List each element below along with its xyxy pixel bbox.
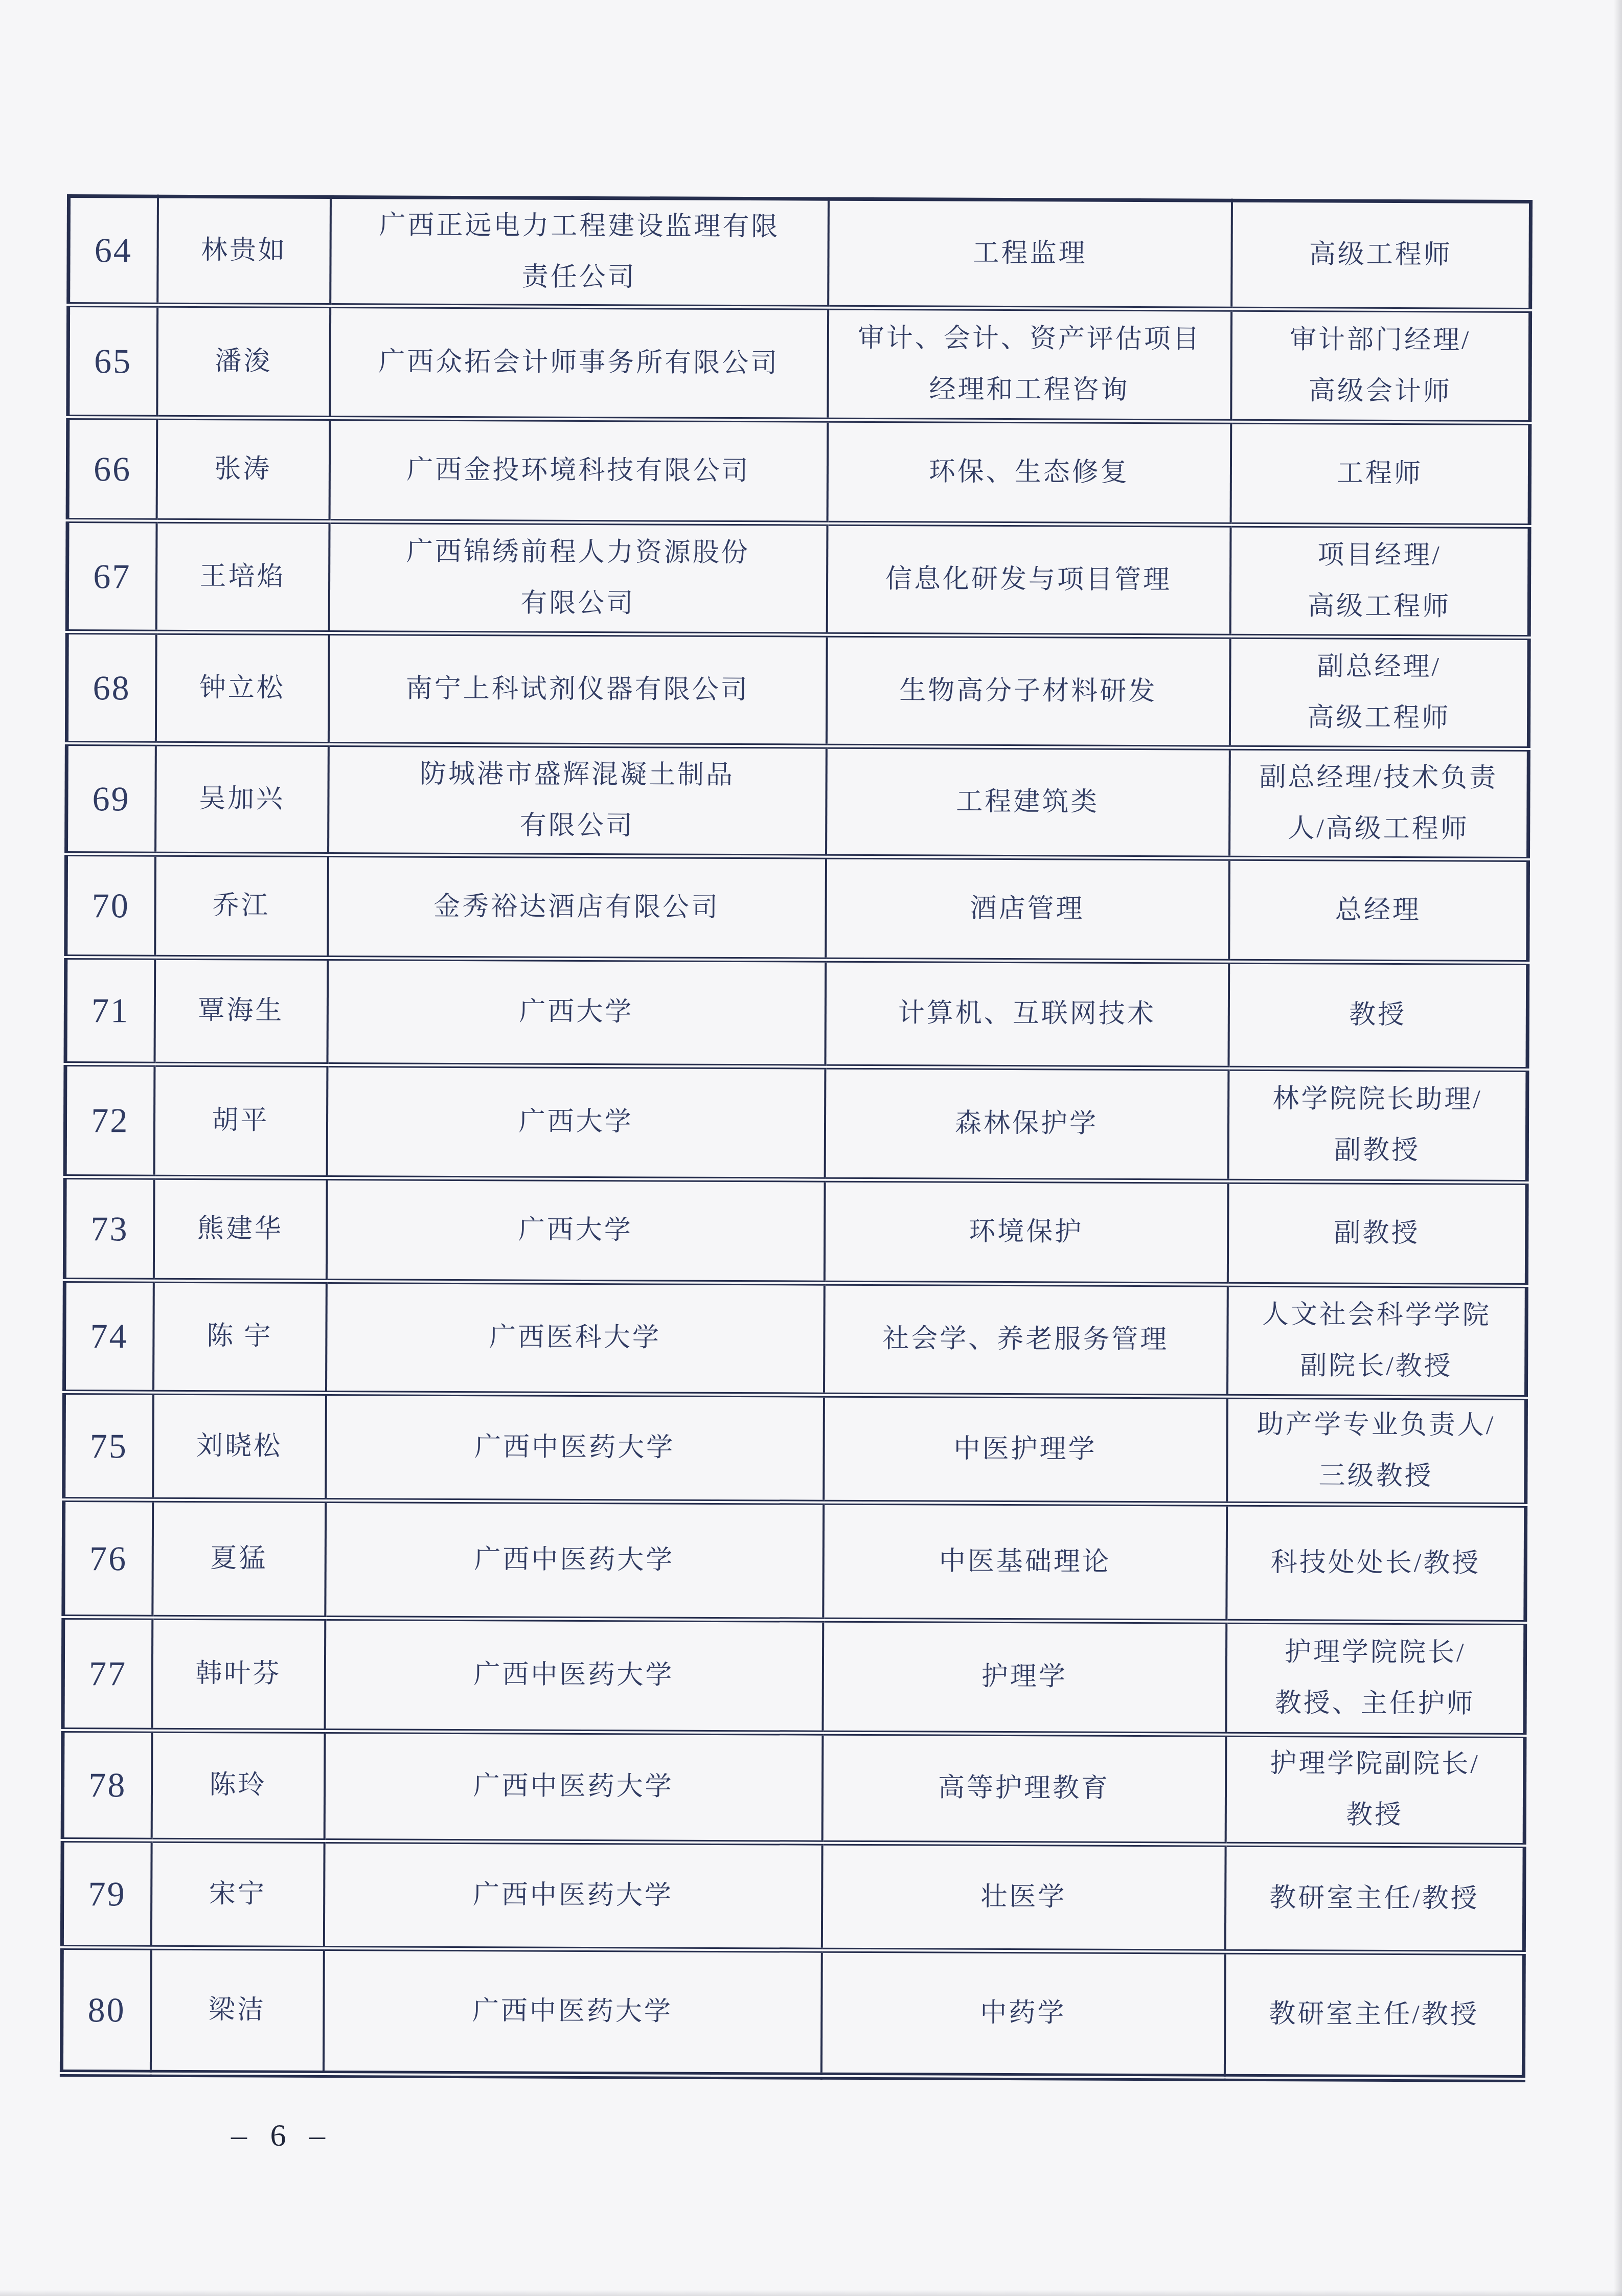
page-number: – 6 – <box>231 2118 333 2154</box>
row-number-cell: 77 <box>63 1617 152 1730</box>
expertise-field-cell: 中医护理学 <box>824 1395 1227 1504</box>
person-name-cell: 王培焰 <box>156 520 329 632</box>
table-row: 66张涛广西金投环境科技有限公司环保、生态修复工程师 <box>67 417 1530 526</box>
organization-cell: 广西锦绣前程人力资源股份 有限公司 <box>329 521 827 634</box>
row-number-cell: 73 <box>64 1176 154 1280</box>
scan-edge-shadow-bottom <box>0 2290 1622 2296</box>
table-row: 74陈 宇广西医科大学社会学、养老服务管理人文社会科学学院 副院长/教授 <box>64 1280 1527 1397</box>
expertise-field-cell: 中药学 <box>821 1950 1225 2077</box>
table-row: 64林贵如广西正远电力工程建设监理有限 责任公司工程监理高级工程师 <box>68 196 1531 310</box>
organization-cell: 广西中医药大学 <box>323 1948 821 2076</box>
row-number-cell: 70 <box>66 854 155 958</box>
job-title-cell: 护理学院院长/ 教授、主任护师 <box>1226 1621 1525 1735</box>
job-title-cell: 副总经理/ 高级工程师 <box>1229 636 1529 748</box>
scan-edge-shadow-right <box>1614 0 1622 2296</box>
organization-cell: 广西金投环境科技有限公司 <box>329 418 828 523</box>
job-title-cell: 科技处处长/教授 <box>1226 1504 1526 1622</box>
table-skew-wrapper: 64林贵如广西正远电力工程建设监理有限 责任公司工程监理高级工程师65潘浚广西众… <box>60 194 1529 2082</box>
job-title-cell: 林学院院长助理/ 副教授 <box>1228 1068 1527 1182</box>
row-number-cell: 76 <box>63 1499 153 1617</box>
organization-cell: 金秀裕达酒店有限公司 <box>328 854 826 960</box>
expertise-field-cell: 酒店管理 <box>826 856 1229 961</box>
table-row: 68钟立松南宁上科试剂仪器有限公司生物高分子材料研发副总经理/ 高级工程师 <box>66 632 1529 749</box>
person-name-cell: 吴加兴 <box>155 743 329 854</box>
person-name-cell: 宋宁 <box>151 1840 324 1948</box>
organization-cell: 广西大学 <box>327 958 826 1066</box>
expertise-field-cell: 护理学 <box>823 1620 1226 1734</box>
person-name-cell: 钟立松 <box>155 632 329 744</box>
table-row: 72胡平广西大学森林保护学林学院院长助理/ 副教授 <box>65 1064 1527 1183</box>
job-title-cell: 高级工程师 <box>1231 200 1531 310</box>
row-number-cell: 66 <box>67 417 157 521</box>
expertise-field-cell: 森林保护学 <box>825 1066 1228 1181</box>
organization-cell: 广西中医药大学 <box>324 1731 823 1843</box>
table-row: 70乔江金秀裕达酒店有限公司酒店管理总经理 <box>66 854 1528 963</box>
expertise-field-cell: 壮医学 <box>821 1843 1225 1951</box>
person-name-cell: 乔江 <box>155 854 328 958</box>
organization-cell: 广西众拓会计师事务所有限公司 <box>330 305 828 420</box>
job-title-cell: 教授 <box>1228 961 1528 1069</box>
job-title-cell: 项目经理/ 高级工程师 <box>1230 525 1529 637</box>
job-title-cell: 工程师 <box>1230 421 1530 526</box>
job-title-cell: 人文社会科学学院 副院长/教授 <box>1227 1284 1526 1397</box>
row-number-cell: 80 <box>61 1947 151 2073</box>
table-row: 77韩叶芬广西中医药大学护理学护理学院院长/ 教授、主任护师 <box>63 1617 1525 1735</box>
organization-cell: 广西大学 <box>327 1064 825 1179</box>
organization-cell: 广西医科大学 <box>326 1281 825 1395</box>
row-number-cell: 79 <box>62 1839 151 1947</box>
row-number-cell: 72 <box>65 1064 154 1177</box>
person-name-cell: 张涛 <box>156 417 330 521</box>
organization-cell: 广西中医药大学 <box>325 1500 824 1620</box>
person-name-cell: 熊建华 <box>153 1177 327 1281</box>
job-title-cell: 教研室主任/教授 <box>1225 1844 1524 1952</box>
job-title-cell: 审计部门经理/ 高级会计师 <box>1231 309 1530 422</box>
table-row: 69吴加兴防城港市盛辉混凝土制品 有限公司工程建筑类副总经理/技术负责 人/高级… <box>66 743 1529 859</box>
organization-cell: 广西正远电力工程建设监理有限 责任公司 <box>330 197 829 307</box>
expertise-field-cell: 高等护理教育 <box>822 1733 1226 1844</box>
expertise-field-cell: 工程监理 <box>828 199 1232 309</box>
document-page: 64林贵如广西正远电力工程建设监理有限 责任公司工程监理高级工程师65潘浚广西众… <box>0 0 1622 2296</box>
expertise-field-cell: 环保、生态修复 <box>827 420 1231 525</box>
job-title-cell: 总经理 <box>1229 858 1528 962</box>
person-name-cell: 覃海生 <box>154 957 328 1064</box>
person-name-cell: 林贵如 <box>157 196 331 305</box>
table-body: 64林贵如广西正远电力工程建设监理有限 责任公司工程监理高级工程师65潘浚广西众… <box>61 196 1530 2079</box>
row-number-cell: 64 <box>68 196 158 305</box>
table-row: 80梁洁广西中医药大学中药学教研室主任/教授 <box>61 1947 1524 2078</box>
organization-cell: 防城港市盛辉混凝土制品 有限公司 <box>328 744 827 856</box>
table-row: 78陈玲广西中医药大学高等护理教育护理学院副院长/ 教授 <box>62 1730 1525 1845</box>
person-name-cell: 刘晓松 <box>153 1392 326 1500</box>
organization-cell: 南宁上科试剂仪器有限公司 <box>328 632 827 746</box>
organization-cell: 广西大学 <box>326 1177 825 1283</box>
table-row: 75刘晓松广西中医药大学中医护理学助产学专业负责人/ 三级教授 <box>64 1392 1526 1505</box>
row-number-cell: 71 <box>65 957 155 1064</box>
organization-cell: 广西中医药大学 <box>326 1393 824 1502</box>
expertise-field-cell: 审计、会计、资产评估项目 经理和工程咨询 <box>828 307 1231 421</box>
expertise-field-cell: 生物高分子材料研发 <box>826 634 1230 747</box>
table-row: 67王培焰广西锦绣前程人力资源股份 有限公司信息化研发与项目管理项目经理/ 高级… <box>67 520 1529 638</box>
expertise-field-cell: 信息化研发与项目管理 <box>827 523 1230 636</box>
row-number-cell: 78 <box>62 1730 152 1840</box>
row-number-cell: 75 <box>64 1392 153 1499</box>
row-number-cell: 67 <box>67 520 156 632</box>
table-row: 65潘浚广西众拓会计师事务所有限公司审计、会计、资产评估项目 经理和工程咨询审计… <box>68 305 1530 423</box>
job-title-cell: 护理学院副院长/ 教授 <box>1225 1734 1525 1845</box>
job-title-cell: 副总经理/技术负责 人/高级工程师 <box>1229 747 1529 859</box>
expertise-field-cell: 环境保护 <box>824 1179 1228 1284</box>
table-row: 79宋宁广西中医药大学壮医学教研室主任/教授 <box>62 1839 1524 1952</box>
person-name-cell: 胡平 <box>154 1064 327 1177</box>
expertise-field-cell: 计算机、互联网技术 <box>825 960 1229 1068</box>
table-row: 76夏猛广西中医药大学中医基础理论科技处处长/教授 <box>63 1499 1526 1622</box>
expertise-field-cell: 工程建筑类 <box>826 746 1230 858</box>
organization-cell: 广西中医药大学 <box>324 1840 822 1950</box>
person-name-cell: 梁洁 <box>150 1947 324 2074</box>
row-number-cell: 68 <box>66 632 156 744</box>
table-row: 71覃海生广西大学计算机、互联网技术教授 <box>65 957 1528 1070</box>
job-title-cell: 教研室主任/教授 <box>1224 1951 1524 2078</box>
job-title-cell: 助产学专业负责人/ 三级教授 <box>1227 1396 1526 1505</box>
job-title-cell: 副教授 <box>1227 1181 1527 1285</box>
person-name-cell: 潘浚 <box>157 305 330 418</box>
row-number-cell: 65 <box>68 305 157 418</box>
row-number-cell: 74 <box>64 1280 154 1392</box>
personnel-roster-table: 64林贵如广西正远电力工程建设监理有限 责任公司工程监理高级工程师65潘浚广西众… <box>60 194 1533 2082</box>
row-number-cell: 69 <box>66 743 156 854</box>
expertise-field-cell: 中医基础理论 <box>823 1502 1227 1621</box>
table-row: 73熊建华广西大学环境保护副教授 <box>64 1176 1527 1285</box>
organization-cell: 广西中医药大学 <box>325 1618 823 1733</box>
expertise-field-cell: 社会学、养老服务管理 <box>824 1283 1227 1396</box>
person-name-cell: 陈玲 <box>151 1730 325 1840</box>
person-name-cell: 夏猛 <box>152 1499 326 1618</box>
person-name-cell: 陈 宇 <box>153 1280 327 1393</box>
person-name-cell: 韩叶芬 <box>152 1617 325 1731</box>
